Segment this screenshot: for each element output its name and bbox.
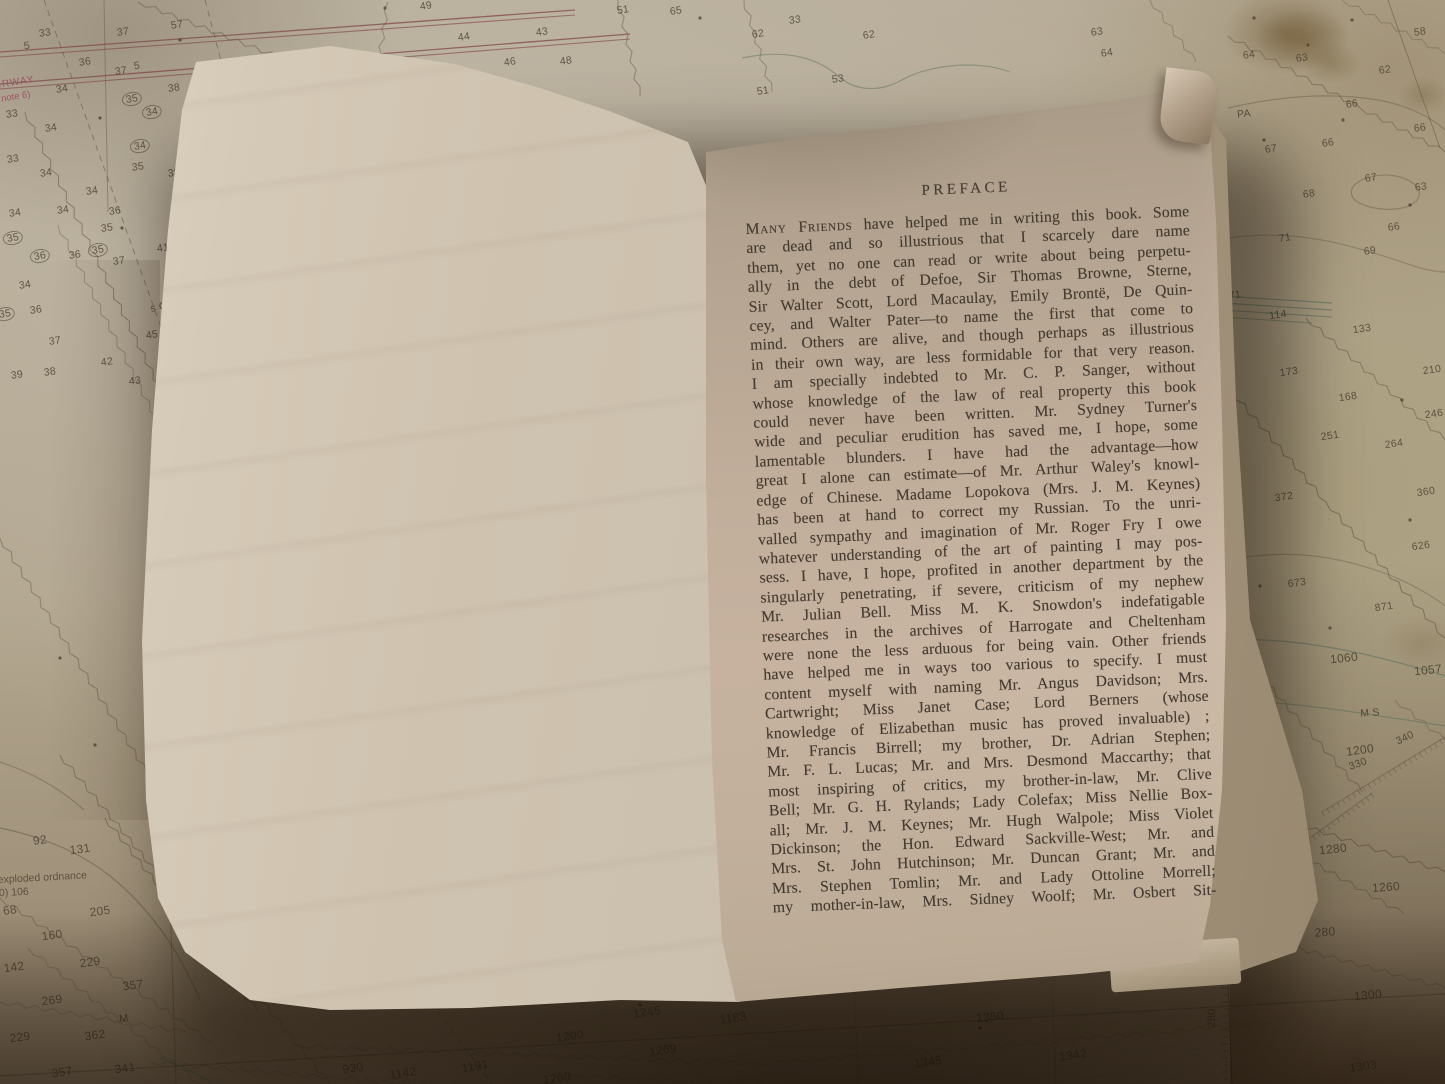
depth-sounding-label: M S xyxy=(1360,706,1380,719)
depth-sounding-label: 35 xyxy=(131,160,145,174)
depth-sounding-label: 33 xyxy=(788,13,802,27)
depth-sounding-label: 65 xyxy=(669,4,683,18)
depth-sounding-label: 229 xyxy=(79,954,102,971)
depth-sounding-label: 264 xyxy=(1384,437,1404,451)
depth-sounding-label: 34 xyxy=(8,206,22,220)
depth-sounding-label: 69 xyxy=(1363,244,1377,258)
depth-sounding-label: 35 xyxy=(100,221,114,235)
depth-sounding-label: 340 xyxy=(1394,729,1416,748)
depth-sounding-label: 37 xyxy=(114,64,128,78)
depth-sounding-label: 34 xyxy=(141,103,163,120)
depth-sounding-label: 62 xyxy=(751,27,765,41)
depth-sounding-label: 626 xyxy=(1411,539,1431,553)
depth-sounding-label: 44 xyxy=(457,30,471,44)
preface-text-block: PREFACE Many Friends have helped me in w… xyxy=(744,172,1217,918)
depth-sounding-label: 280 xyxy=(1314,924,1336,939)
depth-sounding-label: 36 xyxy=(108,204,122,218)
depth-sounding-label: 53 xyxy=(831,72,845,86)
depth-sounding-label: 251 xyxy=(1320,429,1340,443)
depth-sounding-label: 871 xyxy=(1374,600,1394,614)
depth-sounding-label: 362 xyxy=(84,1027,107,1044)
depth-sounding-label: 205 xyxy=(89,903,112,920)
depth-sounding-label: 49 xyxy=(419,0,433,13)
depth-sounding-label: 66 xyxy=(1413,121,1427,135)
depth-sounding-label: 64 xyxy=(1242,48,1256,62)
depth-sounding-label: 34 xyxy=(44,121,58,135)
depth-sounding-label: 37 xyxy=(116,25,130,39)
depth-sounding-label: 67 xyxy=(1364,171,1378,185)
depth-sounding-label: 360 xyxy=(1416,485,1436,499)
depth-sounding-label: 1060 xyxy=(1329,650,1358,667)
depth-sounding-label: 269 xyxy=(41,992,64,1009)
depth-sounding-label: 36 xyxy=(68,248,82,262)
depth-sounding-label: 133 xyxy=(1352,322,1372,336)
depth-sounding-label: 35 xyxy=(2,229,24,246)
depth-sounding-label: 62 xyxy=(862,28,876,42)
depth-sounding-label: 142 xyxy=(3,959,26,976)
depth-sounding-label: 43 xyxy=(128,374,142,388)
depth-sounding-label: 66 xyxy=(1387,220,1401,234)
depth-sounding-label: 1057 xyxy=(1413,662,1442,679)
depth-sounding-label: 37 xyxy=(112,254,126,268)
depth-sounding-label: 51 xyxy=(756,84,770,98)
depth-sounding-label: 34 xyxy=(55,82,69,96)
depth-sounding-label: 34 xyxy=(18,278,32,292)
depth-sounding-label: 38 xyxy=(167,81,181,95)
depth-sounding-label: 37 xyxy=(48,334,62,348)
depth-sounding-label: 1280 xyxy=(1318,841,1347,858)
depth-sounding-label: 229 xyxy=(9,1029,32,1046)
depth-sounding-label: 36 xyxy=(29,303,43,317)
depth-sounding-label: 33 xyxy=(5,107,19,121)
depth-sounding-label: 5 xyxy=(133,60,141,73)
depth-sounding-label: 62 xyxy=(1378,63,1392,77)
depth-sounding-label: 68 xyxy=(2,902,18,918)
depth-sounding-label: 1300 xyxy=(1353,987,1382,1004)
depth-sounding-label: 5 xyxy=(23,40,31,53)
depth-sounding-label: 36 xyxy=(29,247,51,264)
depth-sounding-label: 34 xyxy=(39,166,53,180)
depth-sounding-label: 58 xyxy=(1413,25,1427,39)
depth-sounding-label: 34 xyxy=(56,203,70,217)
depth-sounding-label: 68 xyxy=(1302,187,1316,201)
depth-sounding-label: 38 xyxy=(43,365,57,379)
depth-sounding-label: 357 xyxy=(51,1064,74,1081)
depth-sounding-label: 341 xyxy=(114,1060,137,1077)
depth-sounding-label: 39 xyxy=(10,368,24,382)
depth-sounding-label: 1303 xyxy=(1348,1057,1378,1075)
depth-sounding-label: 210 xyxy=(1422,363,1442,377)
fairway-note-label: (see note 6) xyxy=(0,89,31,108)
depth-sounding-label: 43 xyxy=(535,25,549,39)
depth-sounding-label: 33 xyxy=(6,152,20,166)
depth-sounding-label: M xyxy=(118,1012,129,1025)
photo-scene: FAIRWAY (see note 6) unexploded ordnance… xyxy=(0,0,1445,1084)
depth-sounding-label: 34 xyxy=(85,184,99,198)
depth-sounding-label: 34 xyxy=(129,137,151,154)
depth-sounding-label: 131 xyxy=(69,841,92,858)
depth-sounding-label: 1142 xyxy=(389,1064,418,1082)
depth-sounding-label: 36 xyxy=(78,55,92,69)
depth-sounding-label: 63 xyxy=(1414,180,1428,194)
depth-sounding-label: 35 xyxy=(87,241,109,258)
ordnance-warning-label: unexploded ordnance xyxy=(0,869,87,886)
depth-sounding-label: 35 xyxy=(121,90,143,107)
depth-sounding-label: 57 xyxy=(170,18,184,32)
depth-sounding-label: 64 xyxy=(1100,46,1114,60)
depth-sounding-label: 160 xyxy=(41,927,64,944)
depth-sounding-label: 63 xyxy=(1090,25,1104,39)
ordnance-warning-note: (1970) 106 xyxy=(0,886,29,901)
depth-sounding-label: 48 xyxy=(559,54,573,68)
depth-sounding-label: 42 xyxy=(100,355,114,369)
depth-sounding-label: 35 xyxy=(0,305,16,322)
page-corner-curl xyxy=(1158,67,1218,145)
depth-sounding-label: 357 xyxy=(122,977,145,994)
depth-sounding-label: 46 xyxy=(503,55,517,69)
depth-sounding-label: 1260 xyxy=(1372,879,1401,895)
depth-sounding-label: 168 xyxy=(1338,390,1358,404)
preface-body: Many Friends have helped me in writing t… xyxy=(745,202,1217,918)
depth-sounding-label: 45 xyxy=(145,328,159,342)
depth-sounding-label: 63 xyxy=(1295,51,1309,65)
depth-sounding-label: 246 xyxy=(1424,407,1444,421)
depth-sounding-label: 66 xyxy=(1321,136,1335,150)
depth-sounding-label: 92 xyxy=(32,832,48,848)
depth-sounding-label: 66 xyxy=(1345,97,1359,111)
depth-sounding-label: PA xyxy=(1236,107,1251,120)
depth-sounding-label: 1260 xyxy=(542,1069,572,1084)
depth-sounding-label: 33 xyxy=(38,26,52,40)
depth-sounding-label: 51 xyxy=(616,3,630,17)
